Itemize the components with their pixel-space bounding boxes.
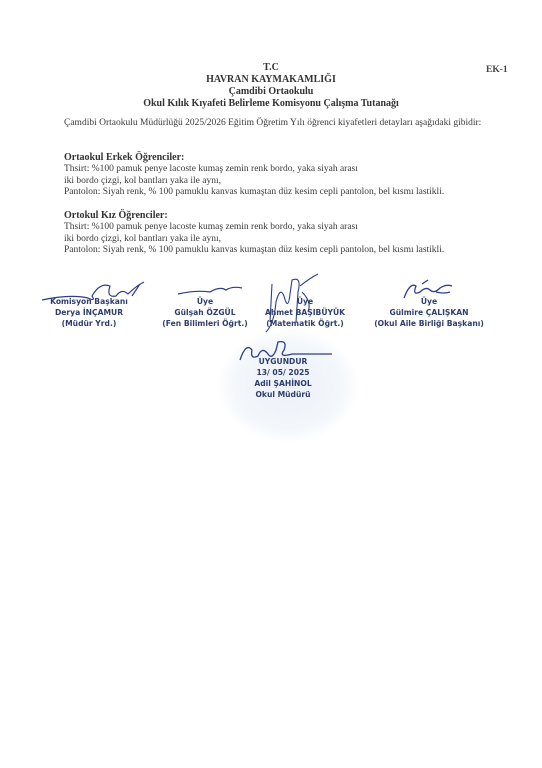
section-title: Ortaokul Erkek Öğrenciler: (64, 152, 514, 164)
signatory-commission-head: Komisyon Başkanı Derya İNÇAMUR (Müdür Yr… (34, 296, 144, 329)
approval-date: 13/ 05/ 2025 (228, 367, 338, 378)
header-district: HAVRAN KAYMAKAMLIĞI (0, 74, 542, 86)
section-title: Ortokul Kız Öğrenciler: (64, 210, 514, 222)
signatory-name: Gülmire ÇALIŞKAN (364, 307, 494, 318)
annex-label: EK-1 (486, 65, 508, 75)
signatory-role: (Okul Aile Birliği Başkanı) (364, 318, 494, 329)
signature-member-1 (176, 278, 246, 298)
signatory-member-1: Üye Gülşah ÖZGÜL (Fen Bilimleri Öğrt.) (150, 296, 260, 329)
signatory-member-2: Üye Ahmet BAŞIBÜYÜK (Matematik Öğrt.) (250, 296, 360, 329)
signatory-name: Ahmet BAŞIBÜYÜK (250, 307, 360, 318)
signatory-role: (Fen Bilimleri Öğrt.) (150, 318, 260, 329)
approver-title: Okul Müdürü (228, 389, 338, 400)
signatory-role: (Müdür Yrd.) (34, 318, 144, 329)
section-line: Pantolon: Siyah renk, % 100 pamuklu kanv… (64, 187, 514, 199)
section-line: Thsirt: %100 pamuk penye lacoste kumaş z… (64, 222, 514, 234)
intro-paragraph: Çamdibi Ortaokulu Müdürlüğü 2025/2026 Eğ… (64, 118, 514, 130)
signatory-title: Üye (150, 296, 260, 307)
document-title: Okul Kılık Kıyafeti Belirleme Komisyonu … (0, 98, 542, 110)
signatory-title: Komisyon Başkanı (34, 296, 144, 307)
signatory-member-3: Üye Gülmire ÇALIŞKAN (Okul Aile Birliği … (364, 296, 494, 329)
section-line: Pantolon: Siyah renk, % 100 pamuklu kanv… (64, 245, 514, 257)
header-tc: T.C (0, 62, 542, 74)
section-boys: Ortaokul Erkek Öğrenciler: Thsirt: %100 … (64, 152, 514, 199)
signatory-name: Derya İNÇAMUR (34, 307, 144, 318)
signatory-title: Üye (364, 296, 494, 307)
section-line: Thsirt: %100 pamuk penye lacoste kumaş z… (64, 164, 514, 176)
signatory-role: (Matematik Öğrt.) (250, 318, 360, 329)
signatory-name: Gülşah ÖZGÜL (150, 307, 260, 318)
approver-name: Adil ŞAHİNOL (228, 378, 338, 389)
signatory-title: Üye (250, 296, 360, 307)
section-line: iki bordo çizgi, kol bantları yaka ile a… (64, 176, 514, 188)
section-line: iki bordo çizgi, kol bantları yaka ile a… (64, 234, 514, 246)
approval-block: UYGUNDUR 13/ 05/ 2025 Adil ŞAHİNOL Okul … (228, 356, 338, 400)
header-school: Çamdibi Ortaokulu (0, 86, 542, 98)
approval-status: UYGUNDUR (228, 356, 338, 367)
section-girls: Ortokul Kız Öğrenciler: Thsirt: %100 pam… (64, 210, 514, 257)
